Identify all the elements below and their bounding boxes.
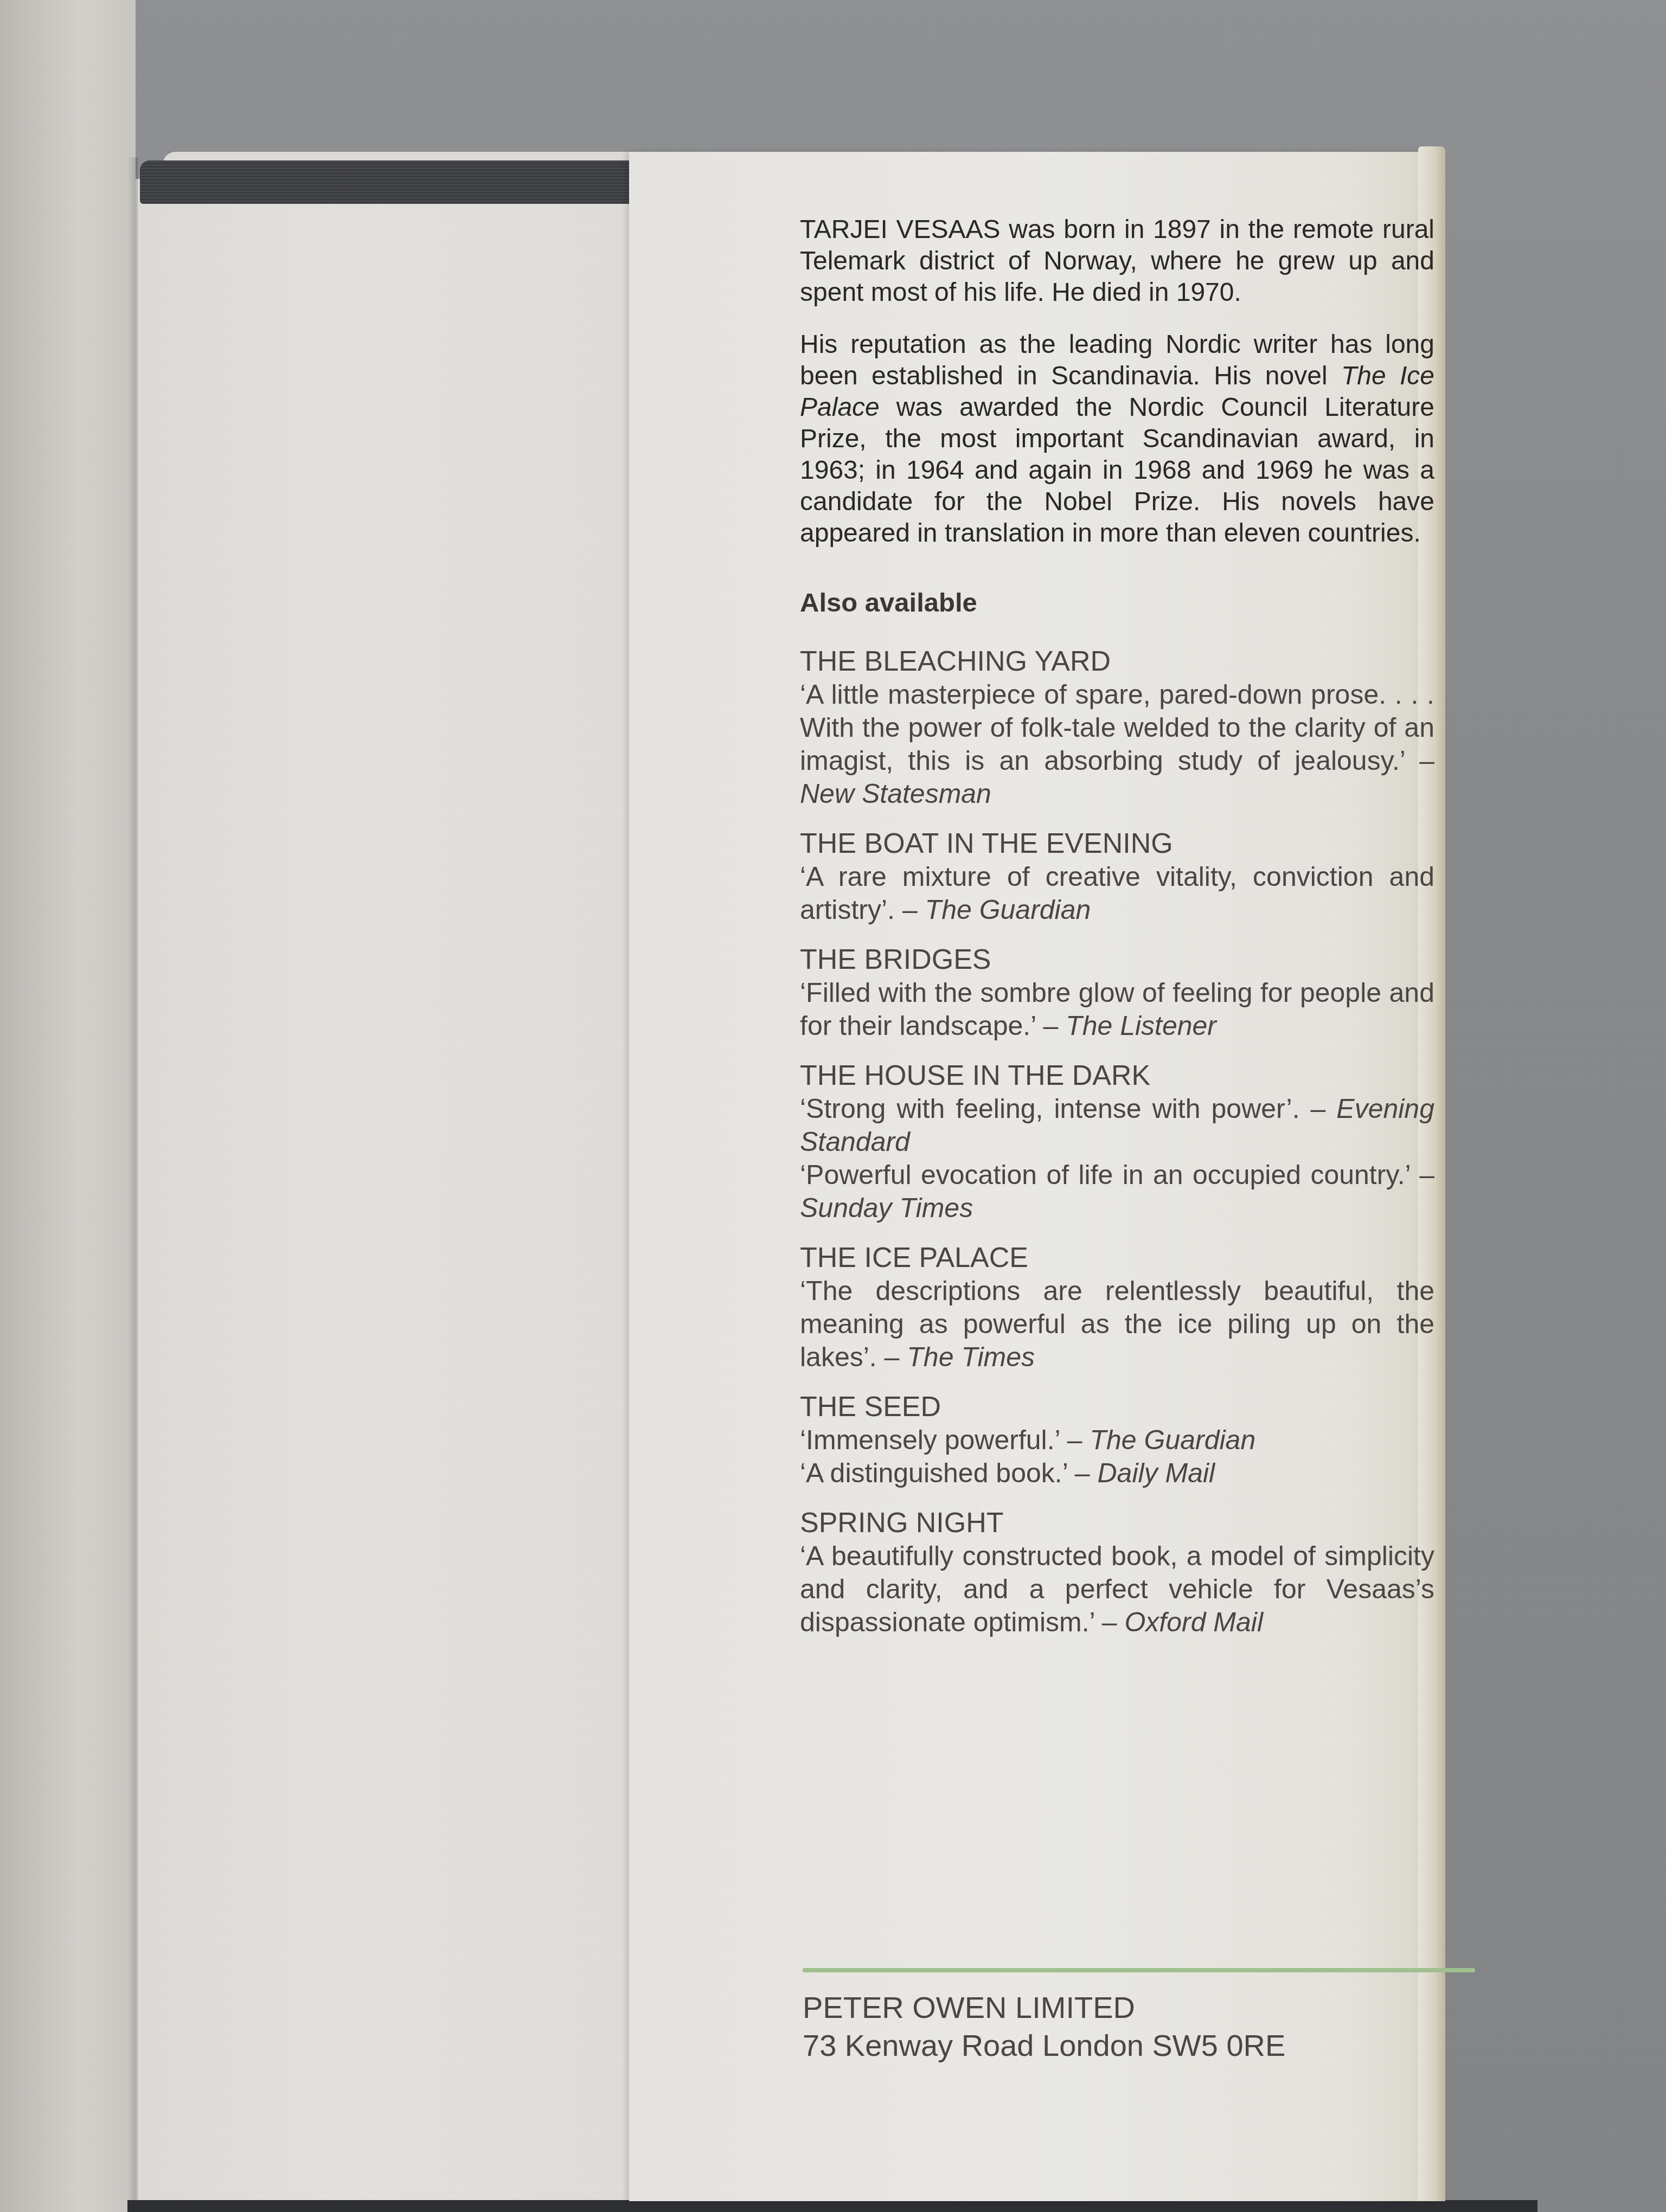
book-entry: THE BRIDGES ‘Filled with the sombre glow…: [800, 943, 1434, 1043]
book-entry: THE BOAT IN THE EVENING ‘A rare mixture …: [800, 827, 1434, 927]
review-quote: ‘Powerful evocation of life in an occupi…: [800, 1160, 1434, 1190]
book-review: ‘Immensely powerful.’ – The Guardian: [800, 1424, 1434, 1457]
review-quote: ‘A rare mixture of creative vitality, co…: [800, 861, 1434, 925]
book-title: THE BRIDGES: [800, 943, 1434, 976]
publisher-imprint: PETER OWEN LIMITED 73 Kenway Road London…: [803, 1989, 1285, 2065]
book-entry: THE ICE PALACE ‘The descriptions are rel…: [800, 1241, 1434, 1374]
book-entry: THE HOUSE IN THE DARK ‘Strong with feeli…: [800, 1059, 1434, 1225]
review-quote: ‘Immensely powerful.’ –: [800, 1425, 1090, 1455]
flap-text-block: TARJEI VESAAS was born in 1897 in the re…: [800, 214, 1434, 1655]
book-review: ‘Filled with the sombre glow of feeling …: [800, 976, 1434, 1043]
bio-paragraph-1: TARJEI VESAAS was born in 1897 in the re…: [800, 214, 1434, 308]
bio-text: was awarded the Nordic Council Literatur…: [800, 393, 1434, 548]
review-quote: ‘A little masterpiece of spare, pared-do…: [800, 679, 1434, 776]
book-list: THE BLEACHING YARD ‘A little masterpiece…: [800, 645, 1434, 1639]
book-headband: [140, 160, 635, 204]
book-review: ‘The descriptions are relentlessly beaut…: [800, 1275, 1434, 1374]
book-title: THE BOAT IN THE EVENING: [800, 827, 1434, 860]
author-bio: TARJEI VESAAS was born in 1897 in the re…: [800, 214, 1434, 549]
publisher-address: 73 Kenway Road London SW5 0RE: [803, 2027, 1285, 2065]
book-review: ‘Powerful evocation of life in an occupi…: [800, 1159, 1434, 1225]
book-title: THE BLEACHING YARD: [800, 645, 1434, 678]
publisher-name: PETER OWEN LIMITED: [803, 1989, 1285, 2027]
review-source: The Guardian: [925, 895, 1091, 925]
book-title: SPRING NIGHT: [800, 1506, 1434, 1540]
review-source: Oxford Mail: [1124, 1607, 1263, 1637]
bio-text: His reputation as the leading Nordic wri…: [800, 330, 1434, 390]
book-review: ‘A distinguished book.’ – Daily Mail: [800, 1457, 1434, 1490]
book-title: THE SEED: [800, 1390, 1434, 1424]
review-source: Sunday Times: [800, 1193, 973, 1223]
book-review: ‘A little masterpiece of spare, pared-do…: [800, 678, 1434, 811]
book-title: THE ICE PALACE: [800, 1241, 1434, 1275]
book-endpaper: [136, 179, 635, 2212]
book-entry: THE SEED ‘Immensely powerful.’ – The Gua…: [800, 1390, 1434, 1490]
review-quote: ‘A beautifully constructed book, a model…: [800, 1541, 1434, 1637]
book-entry: SPRING NIGHT ‘A beautifully constructed …: [800, 1506, 1434, 1639]
book-entry: THE BLEACHING YARD ‘A little masterpiece…: [800, 645, 1434, 811]
review-source: The Listener: [1066, 1011, 1216, 1041]
also-available-heading: Also available: [800, 587, 1434, 619]
review-source: The Times: [907, 1342, 1035, 1372]
adjacent-page-edge: [0, 0, 136, 2212]
green-divider-rule: [803, 1968, 1475, 1972]
review-source: Daily Mail: [1098, 1458, 1215, 1488]
book-tailband: [127, 2200, 1537, 2212]
review-source: The Guardian: [1090, 1425, 1255, 1455]
book-title: THE HOUSE IN THE DARK: [800, 1059, 1434, 1092]
review-quote: ‘A distinguished book.’ –: [800, 1458, 1098, 1488]
book-review: ‘A rare mixture of creative vitality, co…: [800, 860, 1434, 927]
book-review: ‘A beautifully constructed book, a model…: [800, 1540, 1434, 1639]
bio-paragraph-2: His reputation as the leading Nordic wri…: [800, 329, 1434, 549]
book-review: ‘Strong with feeling, intense with power…: [800, 1092, 1434, 1159]
page-gutter-shadow: [128, 157, 138, 2212]
review-quote: ‘The descriptions are relentlessly beaut…: [800, 1276, 1434, 1372]
review-source: New Statesman: [800, 779, 991, 809]
review-quote: ‘Strong with feeling, intense with power…: [800, 1094, 1336, 1124]
